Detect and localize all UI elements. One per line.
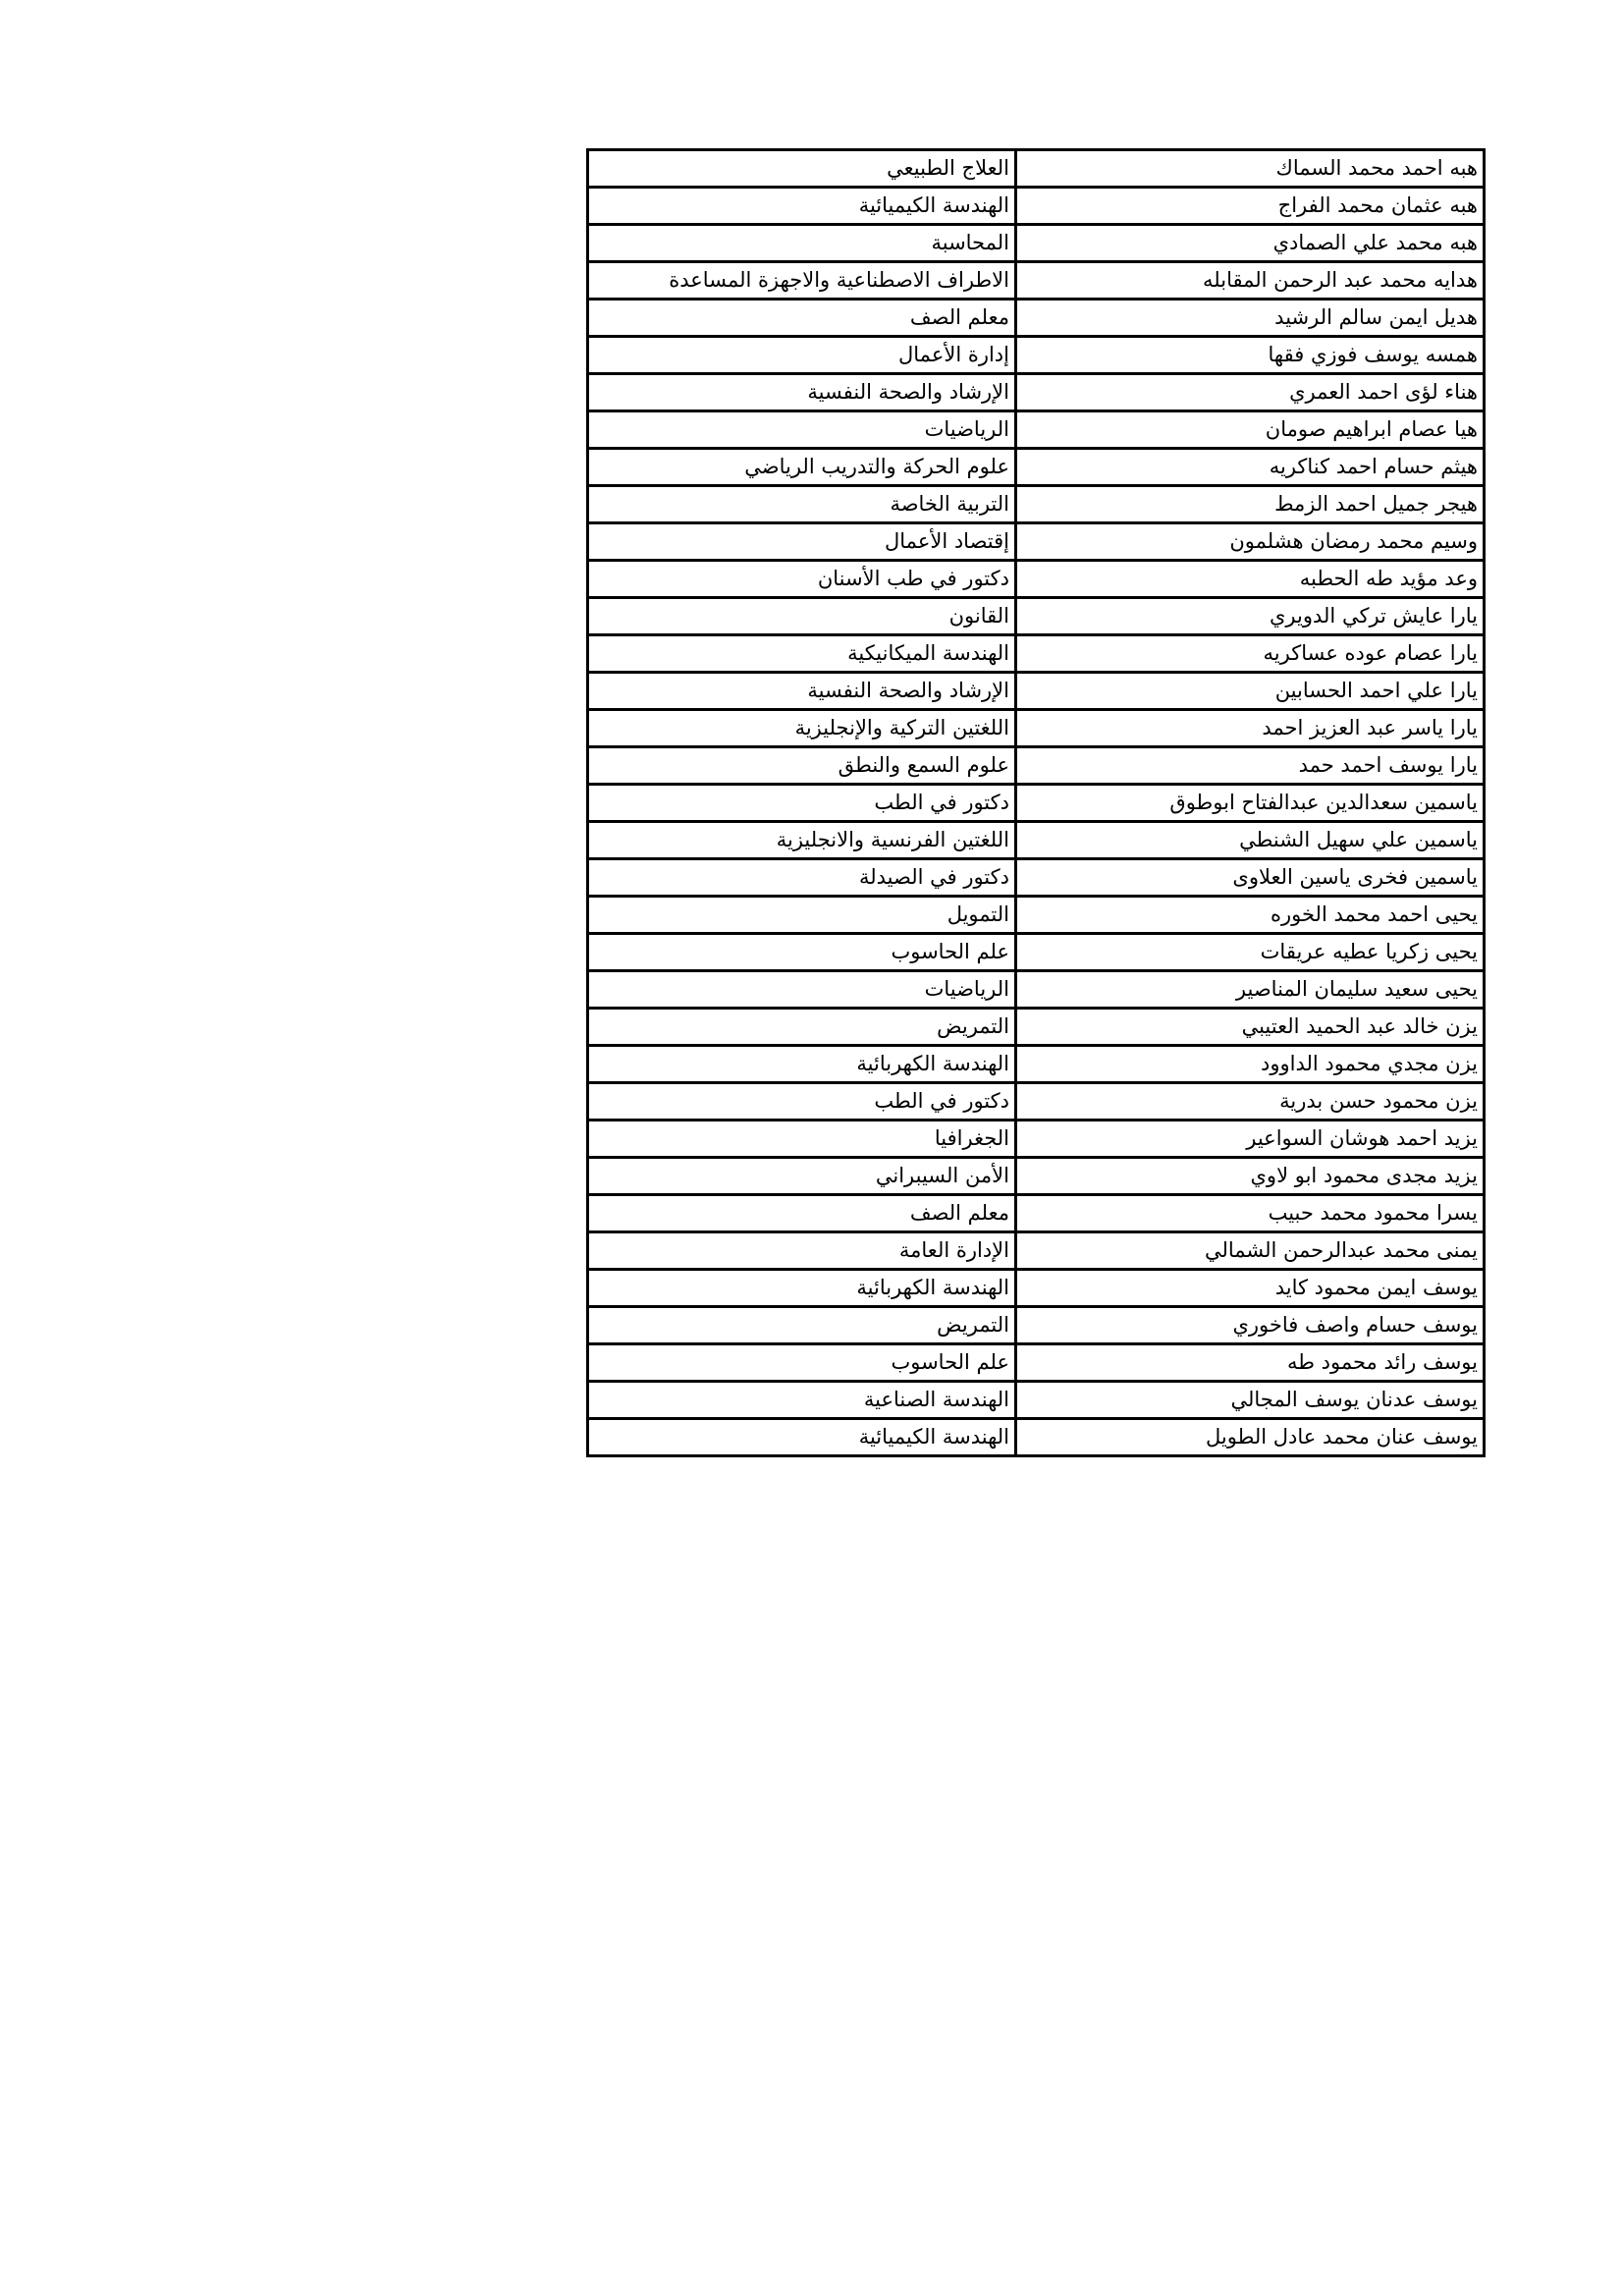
table-row: وعد مؤيد طه الحطبهدكتور في طب الأسنان bbox=[588, 561, 1485, 598]
table-row: هبه احمد محمد السماكالعلاج الطبيعي bbox=[588, 150, 1485, 188]
student-name-cell: يزيد احمد هوشان السواعير bbox=[1016, 1121, 1485, 1158]
major-cell: اللغتين الفرنسية والانجليزية bbox=[588, 822, 1016, 859]
major-cell: الهندسة الكهربائية bbox=[588, 1046, 1016, 1083]
table-row: همسه يوسف فوزي فقهاإدارة الأعمال bbox=[588, 337, 1485, 374]
student-name-cell: هيجر جميل احمد الزمط bbox=[1016, 486, 1485, 523]
student-name-cell: يارا عايش تركي الدويري bbox=[1016, 598, 1485, 635]
table-row: هبه محمد علي الصماديالمحاسبة bbox=[588, 225, 1485, 262]
table-row: هيجر جميل احمد الزمطالتربية الخاصة bbox=[588, 486, 1485, 523]
major-cell: دكتور في الطب bbox=[588, 785, 1016, 822]
major-cell: إدارة الأعمال bbox=[588, 337, 1016, 374]
major-cell: الإرشاد والصحة النفسية bbox=[588, 673, 1016, 710]
student-name-cell: هيا عصام ابراهيم صومان bbox=[1016, 411, 1485, 449]
student-name-cell: يوسف حسام واصف فاخوري bbox=[1016, 1307, 1485, 1344]
table-row: هبه عثمان محمد الفراجالهندسة الكيميائية bbox=[588, 188, 1485, 225]
major-cell: إقتصاد الأعمال bbox=[588, 523, 1016, 561]
table-row: يوسف عنان محمد عادل الطويلالهندسة الكيمي… bbox=[588, 1419, 1485, 1456]
table-row: ياسمين فخرى ياسين العلاوىدكتور في الصيدل… bbox=[588, 859, 1485, 897]
major-cell: الرياضيات bbox=[588, 971, 1016, 1009]
table-row: يمنى محمد عبدالرحمن الشماليالإدارة العام… bbox=[588, 1232, 1485, 1270]
table-row: يارا عايش تركي الدويريالقانون bbox=[588, 598, 1485, 635]
major-cell: الاطراف الاصطناعية والاجهزة المساعدة bbox=[588, 262, 1016, 300]
table-row: يارا عصام عوده عساكريهالهندسة الميكانيكي… bbox=[588, 635, 1485, 673]
table-row: يزن خالد عبد الحميد العتيبيالتمريض bbox=[588, 1009, 1485, 1046]
student-name-cell: وعد مؤيد طه الحطبه bbox=[1016, 561, 1485, 598]
major-cell: الهندسة الكهربائية bbox=[588, 1270, 1016, 1307]
table-row: يحيى احمد محمد الخورهالتمويل bbox=[588, 897, 1485, 934]
major-cell: الرياضيات bbox=[588, 411, 1016, 449]
major-cell: الإدارة العامة bbox=[588, 1232, 1016, 1270]
student-name-cell: يزيد مجدى محمود ابو لاوي bbox=[1016, 1158, 1485, 1195]
major-cell: علم الحاسوب bbox=[588, 934, 1016, 971]
student-name-cell: هناء لؤى احمد العمري bbox=[1016, 374, 1485, 411]
major-cell: الهندسة الميكانيكية bbox=[588, 635, 1016, 673]
student-name-cell: يارا يوسف احمد حمد bbox=[1016, 747, 1485, 785]
major-cell: دكتور في طب الأسنان bbox=[588, 561, 1016, 598]
major-cell: التمريض bbox=[588, 1307, 1016, 1344]
student-name-cell: هبه عثمان محمد الفراج bbox=[1016, 188, 1485, 225]
student-name-cell: ياسمين سعدالدين عبدالفتاح ابوطوق bbox=[1016, 785, 1485, 822]
major-cell: معلم الصف bbox=[588, 1195, 1016, 1232]
table-row: ياسمين سعدالدين عبدالفتاح ابوطوقدكتور في… bbox=[588, 785, 1485, 822]
major-cell: التربية الخاصة bbox=[588, 486, 1016, 523]
major-cell: علم الحاسوب bbox=[588, 1344, 1016, 1382]
table-row: يزن مجدي محمود الداوودالهندسة الكهربائية bbox=[588, 1046, 1485, 1083]
table-row: يوسف حسام واصف فاخوريالتمريض bbox=[588, 1307, 1485, 1344]
major-cell: التمويل bbox=[588, 897, 1016, 934]
major-cell: الأمن السيبراني bbox=[588, 1158, 1016, 1195]
student-name-cell: يحيى سعيد سليمان المناصير bbox=[1016, 971, 1485, 1009]
student-name-cell: يوسف عنان محمد عادل الطويل bbox=[1016, 1419, 1485, 1456]
student-name-cell: يوسف عدنان يوسف المجالي bbox=[1016, 1382, 1485, 1419]
major-cell: الجغرافيا bbox=[588, 1121, 1016, 1158]
student-name-cell: يوسف ايمن محمود كايد bbox=[1016, 1270, 1485, 1307]
student-name-cell: وسيم محمد رمضان هشلمون bbox=[1016, 523, 1485, 561]
student-name-cell: هبه احمد محمد السماك bbox=[1016, 150, 1485, 188]
student-name-cell: يحيى زكريا عطيه عريقات bbox=[1016, 934, 1485, 971]
major-cell: علوم الحركة والتدريب الرياضي bbox=[588, 449, 1016, 486]
table-body: هبه احمد محمد السماكالعلاج الطبيعيهبه عث… bbox=[588, 150, 1485, 1456]
table-row: يزيد احمد هوشان السواعيرالجغرافيا bbox=[588, 1121, 1485, 1158]
table-row: يسرا محمود محمد حبيبمعلم الصف bbox=[588, 1195, 1485, 1232]
table-row: يحيى سعيد سليمان المناصيرالرياضيات bbox=[588, 971, 1485, 1009]
student-name-cell: يسرا محمود محمد حبيب bbox=[1016, 1195, 1485, 1232]
table-row: يحيى زكريا عطيه عريقاتعلم الحاسوب bbox=[588, 934, 1485, 971]
student-name-cell: همسه يوسف فوزي فقها bbox=[1016, 337, 1485, 374]
major-cell: الهندسة الكيميائية bbox=[588, 1419, 1016, 1456]
document-page: هبه احمد محمد السماكالعلاج الطبيعيهبه عث… bbox=[0, 0, 1623, 2296]
student-name-cell: هبه محمد علي الصمادي bbox=[1016, 225, 1485, 262]
major-cell: اللغتين التركية والإنجليزية bbox=[588, 710, 1016, 747]
student-name-cell: ياسمين علي سهيل الشنطي bbox=[1016, 822, 1485, 859]
student-name-cell: يزن خالد عبد الحميد العتيبي bbox=[1016, 1009, 1485, 1046]
student-name-cell: ياسمين فخرى ياسين العلاوى bbox=[1016, 859, 1485, 897]
table-row: هناء لؤى احمد العمريالإرشاد والصحة النفس… bbox=[588, 374, 1485, 411]
student-name-cell: يارا ياسر عبد العزيز احمد bbox=[1016, 710, 1485, 747]
table-row: يوسف رائد محمود طهعلم الحاسوب bbox=[588, 1344, 1485, 1382]
table-row: يارا علي احمد الحسابينالإرشاد والصحة الن… bbox=[588, 673, 1485, 710]
major-cell: العلاج الطبيعي bbox=[588, 150, 1016, 188]
table-row: هديل ايمن سالم الرشيدمعلم الصف bbox=[588, 300, 1485, 337]
major-cell: التمريض bbox=[588, 1009, 1016, 1046]
table-row: يوسف ايمن محمود كايدالهندسة الكهربائية bbox=[588, 1270, 1485, 1307]
major-cell: دكتور في الطب bbox=[588, 1083, 1016, 1121]
table-row: هدايه محمد عبد الرحمن المقابلهالاطراف ال… bbox=[588, 262, 1485, 300]
student-name-cell: يزن محمود حسن بدرية bbox=[1016, 1083, 1485, 1121]
table-row: يارا ياسر عبد العزيز احمداللغتين التركية… bbox=[588, 710, 1485, 747]
students-majors-table: هبه احمد محمد السماكالعلاج الطبيعيهبه عث… bbox=[586, 148, 1486, 1457]
table-row: يزيد مجدى محمود ابو لاويالأمن السيبراني bbox=[588, 1158, 1485, 1195]
table-row: هيا عصام ابراهيم صومانالرياضيات bbox=[588, 411, 1485, 449]
student-name-cell: هيثم حسام احمد كناكريه bbox=[1016, 449, 1485, 486]
student-name-cell: يحيى احمد محمد الخوره bbox=[1016, 897, 1485, 934]
table-row: ياسمين علي سهيل الشنطياللغتين الفرنسية و… bbox=[588, 822, 1485, 859]
major-cell: الإرشاد والصحة النفسية bbox=[588, 374, 1016, 411]
student-name-cell: يارا علي احمد الحسابين bbox=[1016, 673, 1485, 710]
table-row: وسيم محمد رمضان هشلمونإقتصاد الأعمال bbox=[588, 523, 1485, 561]
table-row: يزن محمود حسن بدريةدكتور في الطب bbox=[588, 1083, 1485, 1121]
major-cell: دكتور في الصيدلة bbox=[588, 859, 1016, 897]
major-cell: المحاسبة bbox=[588, 225, 1016, 262]
major-cell: الهندسة الصناعية bbox=[588, 1382, 1016, 1419]
table-row: يوسف عدنان يوسف المجاليالهندسة الصناعية bbox=[588, 1382, 1485, 1419]
student-name-cell: يوسف رائد محمود طه bbox=[1016, 1344, 1485, 1382]
student-name-cell: يزن مجدي محمود الداوود bbox=[1016, 1046, 1485, 1083]
table-row: يارا يوسف احمد حمدعلوم السمع والنطق bbox=[588, 747, 1485, 785]
student-name-cell: هدايه محمد عبد الرحمن المقابله bbox=[1016, 262, 1485, 300]
table-row: هيثم حسام احمد كناكريهعلوم الحركة والتدر… bbox=[588, 449, 1485, 486]
student-name-cell: يارا عصام عوده عساكريه bbox=[1016, 635, 1485, 673]
major-cell: القانون bbox=[588, 598, 1016, 635]
major-cell: معلم الصف bbox=[588, 300, 1016, 337]
major-cell: الهندسة الكيميائية bbox=[588, 188, 1016, 225]
student-name-cell: هديل ايمن سالم الرشيد bbox=[1016, 300, 1485, 337]
student-name-cell: يمنى محمد عبدالرحمن الشمالي bbox=[1016, 1232, 1485, 1270]
major-cell: علوم السمع والنطق bbox=[588, 747, 1016, 785]
